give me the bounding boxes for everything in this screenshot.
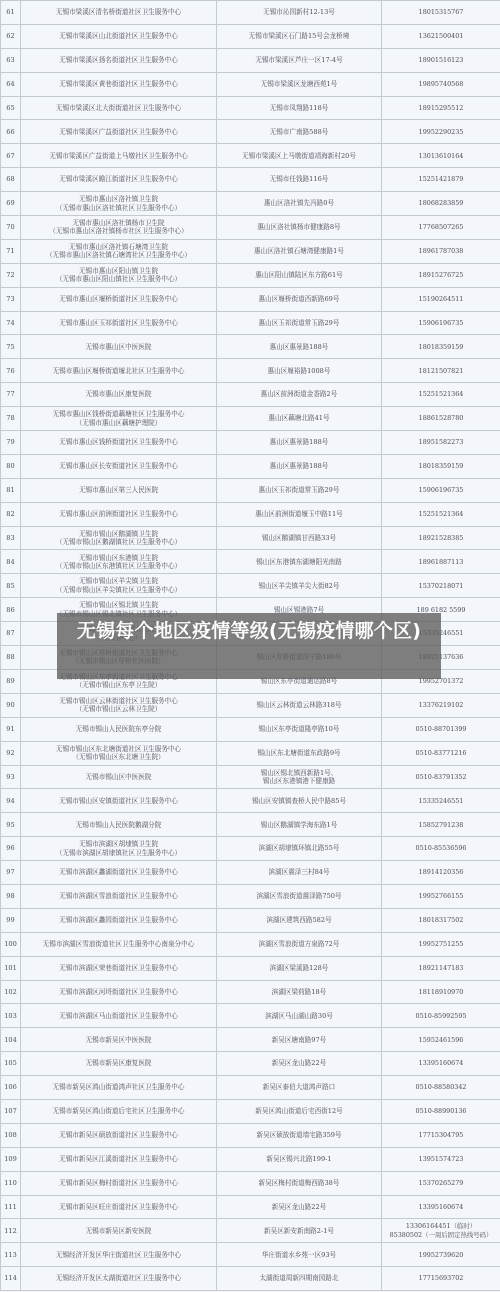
row-number-cell: 97 [1, 861, 21, 885]
row-number: 96 [6, 844, 14, 852]
contact-phone-line: 18951582273 [384, 438, 498, 446]
table-row: 111无锡市新吴区旺庄街道社区卫生服务中心新吴区龙山路22号1339516067… [1, 1195, 500, 1219]
row-number-cell: 101 [1, 956, 21, 980]
table-row: 66无锡市梁溪区广益街道社区卫生服务中心无锡市广南路588号1995229023… [1, 120, 500, 144]
contact-phone-cell: 18921147183 [382, 956, 500, 980]
table-row: 76无锡市惠山区堰桥街道堰北社区卫生服务中心惠山区堰裕路1008号1812150… [1, 359, 500, 383]
institution-name-line: 无锡市惠山区钱桥街道社区卫生服务中心 [23, 438, 214, 446]
table-row: 109无锡市新吴区江溪街道社区卫生服务中心新吴区锡兴北路199-11395157… [1, 1147, 500, 1171]
row-number: 72 [6, 271, 14, 279]
institution-address-cell: 滨湖区建筑西路582号 [217, 908, 382, 932]
table-row: 99无锡市滨湖区蠡园街道社区卫生服务中心滨湖区建筑西路582号180183175… [1, 908, 500, 932]
row-number: 99 [6, 916, 14, 924]
institution-name-line: （无锡市惠山区藕塘护理院） [23, 419, 214, 427]
institution-address-cell: 锡山区云林街道云林路318号 [217, 693, 382, 717]
institution-address-line: 锡山区锡北镇西新路1号、 [219, 769, 379, 777]
institution-name-line: 无锡市新吴区鸿山街道后宅社区卫生服务中心 [23, 1107, 214, 1115]
contact-phone-line: 17768507265 [384, 223, 498, 231]
contact-phone-line: 18914120356 [384, 868, 498, 876]
institution-address-line: 惠山区堰桥街道西新路69号 [219, 295, 379, 303]
contact-phone-cell: 13951574723 [382, 1147, 500, 1171]
contact-phone-line: 15370218071 [384, 582, 498, 590]
institution-name-line: （无锡市锡山区东亭卫生院） [23, 681, 214, 689]
table-row: 65无锡市梁溪区北大街街道社区卫生服务中心无锡市凤翔路118号189152955… [1, 96, 500, 120]
institution-name-cell: 无锡市滨湖区蠡园街道社区卫生服务中心 [21, 908, 217, 932]
institution-name-line: 无锡市锡山区云林街道社区卫生服务中心 [23, 697, 214, 705]
institution-address-line: 新吴区硕放街道墙宅路359号 [219, 1131, 379, 1139]
institution-address-line: 滨湖区建筑西路582号 [219, 916, 379, 924]
row-number-cell: 104 [1, 1028, 21, 1052]
row-number-cell: 105 [1, 1052, 21, 1076]
institution-name-line: （无锡市惠山区阳山镇社区卫生服务中心） [23, 275, 214, 283]
institution-name-cell: 无锡市惠山区堰桥街道堰北社区卫生服务中心 [21, 359, 217, 383]
table-row: 79无锡市惠山区钱桥街道社区卫生服务中心惠山区惠景路188号1895158227… [1, 431, 500, 455]
institution-address-line: 锡山区东亭街道隆亭路10号 [219, 725, 379, 733]
institution-address-cell: 无锡市梁溪区龙塘西苑1号 [217, 72, 382, 96]
institution-name-line: （无锡市惠山区洛社镇石塘湾社区卫生服务中心） [23, 251, 214, 259]
institution-name-line: 无锡市新吴区江溪街道社区卫生服务中心 [23, 1155, 214, 1163]
institution-name-cell: 无锡市惠山区中医医院 [21, 335, 217, 359]
row-number-cell: 93 [1, 765, 21, 789]
institution-address-cell: 锡山区鹅湖镇甘西路33号 [217, 526, 382, 550]
contact-phone-line: 13306164451（临时） [384, 1222, 498, 1230]
contact-phone-cell: 15251521364 [382, 383, 500, 407]
institution-address-cell: 滨湖区马山湖山路30号 [217, 1004, 382, 1028]
row-number-cell: 66 [1, 120, 21, 144]
row-number-cell: 77 [1, 383, 21, 407]
institution-name-line: 无锡市新吴区康复医院 [23, 1059, 214, 1067]
table-row: 104无锡市新吴区中医医院新吴区塘南路97号15952461596 [1, 1028, 500, 1052]
institution-address-line: 锡山区东港镇港下健康路 [219, 777, 379, 785]
institution-name-line: 无锡市滨湖区荣巷街道社区卫生服务中心 [23, 964, 214, 972]
contact-phone-line: 18118910970 [384, 988, 498, 996]
institution-name-line: 无锡市新吴区旺庄街道社区卫生服务中心 [23, 1203, 214, 1211]
contact-phone-line: 18018359159 [384, 343, 498, 351]
contact-phone-cell: 19952766155 [382, 884, 500, 908]
contact-phone-cell: 13013610164 [382, 144, 500, 168]
institution-name-line: 无锡市锡山区东港镇卫生院 [23, 554, 214, 562]
table-row: 103无锡市滨湖区马山街道社区卫生服务中心滨湖区马山湖山路30号0510-859… [1, 1004, 500, 1028]
contact-phone-cell: 18861528780 [382, 407, 500, 431]
institution-name-cell: 无锡市滨湖区蠡湖街道社区卫生服务中心 [21, 861, 217, 885]
institution-name-line: 无锡市梁溪区瞻江街道社区卫生服务中心 [23, 175, 214, 183]
table-row: 106无锡市新吴区鸿山街道鸿声社区卫生服务中心新吴区泰伯大道鸿声路口0510-8… [1, 1076, 500, 1100]
institution-name-cell: 无锡市滨湖区马山街道社区卫生服务中心 [21, 1004, 217, 1028]
contact-phone-cell: 19952739620 [382, 1243, 500, 1267]
contact-phone-cell: 13395160674 [382, 1195, 500, 1219]
contact-phone-cell: 13306164451（临时）85380502（一周后固定热线号码） [382, 1219, 500, 1243]
institution-name-line: 无锡市滨湖区蠡园街道社区卫生服务中心 [23, 916, 214, 924]
institution-address-line: 无锡市梁溪区石门路15号会龙桥境 [219, 32, 379, 40]
row-number: 93 [6, 773, 14, 781]
contact-phone-line: 15251521364 [384, 510, 498, 518]
table-row: 92无锡市锡山区东北塘街道社区卫生服务中心（无锡市锡山区东北塘卫生院）锡山区东北… [1, 741, 500, 765]
institution-address-line: 滨湖区雪浪街道方泉路72号 [219, 940, 379, 948]
institution-name-line: 无锡市新吴区新安医院 [23, 1227, 214, 1235]
contact-phone-cell: 0510-83791352 [382, 765, 500, 789]
row-number: 77 [6, 390, 14, 398]
contact-phone-cell: 18961787038 [382, 239, 500, 263]
institution-name-line: 无锡市梁溪区广益街道上马墩社区卫生服务中心 [23, 152, 214, 160]
institution-address-cell: 华庄街道水乡苑一区93号 [217, 1243, 382, 1267]
institution-name-line: 无锡市锡山区鹅湖镇卫生院 [23, 530, 214, 538]
row-number: 87 [6, 629, 14, 637]
row-number: 92 [6, 749, 14, 757]
contact-phone-cell: 15952461596 [382, 1028, 500, 1052]
institution-name-cell: 无锡市惠山区第三人民医院 [21, 478, 217, 502]
row-number-cell: 96 [1, 837, 21, 861]
contact-phone-line: 13621500401 [384, 32, 498, 40]
row-number: 101 [4, 964, 17, 972]
row-number: 95 [6, 821, 14, 829]
institution-address-cell: 惠山区惠景路188号 [217, 335, 382, 359]
institution-name-line: 无锡经济开发区太湖街道社区卫生服务中心 [23, 1274, 214, 1282]
institution-name-line: 无锡市梁溪区北大街街道社区卫生服务中心 [23, 104, 214, 112]
table-row: 63无锡市梁溪区扬名街道社区卫生服务中心无锡市梁溪区芦庄一区17-4号18901… [1, 48, 500, 72]
row-number: 102 [4, 988, 17, 996]
contact-phone-cell: 13376219102 [382, 693, 500, 717]
row-number-cell: 68 [1, 168, 21, 192]
row-number: 84 [6, 558, 14, 566]
row-number-cell: 87 [1, 622, 21, 646]
institution-name-line: 无锡市梁溪区黄巷街道社区卫生服务中心 [23, 80, 214, 88]
institution-name-cell: 无锡市滨湖区胡埭镇卫生院（无锡市滨湖区胡埭镇社区卫生服务中心） [21, 837, 217, 861]
contact-phone-line: 17715693702 [384, 1274, 498, 1282]
row-number: 106 [4, 1083, 17, 1091]
contact-phone-cell: 18951582273 [382, 431, 500, 455]
institution-address-line: 滨湖区马山湖山路30号 [219, 1012, 379, 1020]
institution-name-line: 无锡市滨湖区蠡湖街道社区卫生服务中心 [23, 868, 214, 876]
contact-phone-cell: 13395160674 [382, 1052, 500, 1076]
contact-phone-line: 19952290235 [384, 128, 498, 136]
institution-address-line: 无锡市广南路588号 [219, 128, 379, 136]
contact-phone-cell: 17768507265 [382, 216, 500, 240]
institution-name-cell: 无锡市惠山区洛社镇卫生院（无锡市惠山区洛社镇社区卫生服务中心） [21, 192, 217, 216]
contact-phone-cell: 18921528385 [382, 526, 500, 550]
table-row: 78无锡市惠山区钱桥街道藕塘社区卫生服务中心（无锡市惠山区藕塘护理院）惠山区藕塘… [1, 407, 500, 431]
institution-name-cell: 无锡市新吴区鸿山街道鸿声社区卫生服务中心 [21, 1076, 217, 1100]
contact-phone-cell: 18068283859 [382, 192, 500, 216]
institution-name-cell: 无锡市惠山区钱桥街道藕塘社区卫生服务中心（无锡市惠山区藕塘护理院） [21, 407, 217, 431]
institution-address-cell: 惠山区阳山镇陆区东方路61号 [217, 263, 382, 287]
contact-phone-line: 18921147183 [384, 964, 498, 972]
contact-phone-line: 15852791238 [384, 821, 498, 829]
contact-phone-line: 15335246551 [384, 797, 498, 805]
institution-name-line: （无锡市滨湖区胡埭镇社区卫生服务中心） [23, 849, 214, 857]
row-number-cell: 61 [1, 1, 21, 25]
contact-phone-cell: 18915276725 [382, 263, 500, 287]
institution-address-line: 新吴区梅村街道梅西路38号 [219, 1179, 379, 1187]
institution-name-line: 无锡市滨湖区胡埭镇卫生院 [23, 840, 214, 848]
institution-address-cell: 新吴区新安新南路2-1号 [217, 1219, 382, 1243]
institution-name-cell: 无锡市梁溪区扬名街道社区卫生服务中心 [21, 48, 217, 72]
contact-phone-cell: 0510-88580342 [382, 1076, 500, 1100]
row-number-cell: 84 [1, 550, 21, 574]
institution-name-line: 无锡市新吴区梅村街道社区卫生服务中心 [23, 1179, 214, 1187]
institution-address-cell: 惠山区洛社镇石塘湾健康路1号 [217, 239, 382, 263]
contact-phone-cell: 0510-88701399 [382, 717, 500, 741]
institution-address-line: 锡山区安镇镇查桥人民中路85号 [219, 797, 379, 805]
row-number-cell: 62 [1, 24, 21, 48]
row-number: 62 [6, 32, 14, 40]
institution-name-cell: 无锡市滨湖区河埒街道社区卫生服务中心 [21, 980, 217, 1004]
contact-phone-line: 18961887113 [384, 558, 498, 566]
institution-address-line: 滨湖区胡埭镇环镇北路55号 [219, 844, 379, 852]
institution-name-line: 无锡市惠山区中医医院 [23, 343, 214, 351]
row-number: 83 [6, 534, 14, 542]
institution-address-line: 惠山区惠景路188号 [219, 462, 379, 470]
row-number: 88 [6, 653, 14, 661]
table-row: 71无锡市惠山区洛社镇石塘湾卫生院（无锡市惠山区洛社镇石塘湾社区卫生服务中心）惠… [1, 239, 500, 263]
row-number: 100 [4, 940, 17, 948]
table-row: 112无锡市新吴区新安医院新吴区新安新南路2-1号13306164451（临时）… [1, 1219, 500, 1243]
institution-name-line: （无锡市锡山区东北塘卫生院） [23, 753, 214, 761]
institution-name-line: 无锡市锡山区锡北镇卫生院 [23, 601, 214, 609]
contact-phone-line: 18068283859 [384, 199, 498, 207]
institution-name-line: 无锡市锡山区东北塘街道社区卫生服务中心 [23, 745, 214, 753]
institution-address-cell: 惠山区前洲街道金香路2号 [217, 383, 382, 407]
row-number-cell: 79 [1, 431, 21, 455]
institution-name-line: （无锡市锡山区鹅湖镇社区卫生服务中心） [23, 538, 214, 546]
table-row: 74无锡市惠山区玉祁街道社区卫生服务中心惠山区玉祁街道常玉路29号1590619… [1, 311, 500, 335]
contact-phone-line: 0510-88580342 [384, 1083, 498, 1091]
institution-name-line: 无锡市惠山区钱桥街道藕塘社区卫生服务中心 [23, 410, 214, 418]
institution-name-line: 无锡市滨湖区雪浪街道社区卫生服务中心南泉分中心 [23, 940, 214, 948]
table-row: 70无锡市惠山区洛社镇杨市卫生院（无锡市惠山区洛社镇杨市社区卫生服务中心）惠山区… [1, 216, 500, 240]
institution-name-cell: 无锡市梁溪区清名桥街道社区卫生服务中心 [21, 1, 217, 25]
table-row: 110无锡市新吴区梅村街道社区卫生服务中心新吴区梅村街道梅西路38号153702… [1, 1171, 500, 1195]
row-number-cell: 67 [1, 144, 21, 168]
institution-name-cell: 无锡经济开发区华庄街道社区卫生服务中心 [21, 1243, 217, 1267]
contact-phone-cell: 17715693702 [382, 1267, 500, 1291]
institution-address-line: 无锡市任钱路116号 [219, 175, 379, 183]
contact-phone-line: 15190264511 [384, 295, 498, 303]
article-title: 无锡每个地区疫情等级(无锡疫情哪个区) [77, 620, 421, 642]
institution-name-line: 无锡市锡山人民医院东亭分院 [23, 725, 214, 733]
institution-address-cell: 惠山区堰桥街道西新路69号 [217, 287, 382, 311]
row-number: 114 [4, 1274, 17, 1282]
table-row: 105无锡市新吴区康复医院新吴区龙山路22号13395160674 [1, 1052, 500, 1076]
row-number: 109 [4, 1155, 17, 1163]
institution-address-line: 新吴区新安新南路2-1号 [219, 1227, 379, 1235]
row-number: 81 [6, 486, 14, 494]
institution-name-line: 无锡市惠山区堰桥街道堰北社区卫生服务中心 [23, 367, 214, 375]
institution-name-line: 无锡市惠山区堰桥街道社区卫生服务中心 [23, 295, 214, 303]
contact-phone-line: 13395160674 [384, 1059, 498, 1067]
row-number-cell: 71 [1, 239, 21, 263]
row-number: 108 [4, 1131, 17, 1139]
table-row: 95无锡市锡山人民医院鹅湖分院锡山区鹅湖镇学海东路1号15852791238 [1, 813, 500, 837]
row-number: 107 [4, 1107, 17, 1115]
contact-phone-line: 0510-83791352 [384, 773, 498, 781]
table-row: 82无锡市惠山区前洲街道社区卫生服务中心惠山区前洲街道堰玉中路11号152515… [1, 502, 500, 526]
institution-name-cell: 无锡市锡山人民医院东亭分院 [21, 717, 217, 741]
institution-name-cell: 无锡市锡山区云林街道社区卫生服务中心（无锡市锡山区云林卫生院） [21, 693, 217, 717]
row-number-cell: 64 [1, 72, 21, 96]
row-number-cell: 89 [1, 669, 21, 693]
row-number-cell: 75 [1, 335, 21, 359]
institution-address-line: 锡山区东北塘街道东政路9号 [219, 749, 379, 757]
row-number-cell: 74 [1, 311, 21, 335]
contact-phone-line: 19952751255 [384, 940, 498, 948]
row-number: 98 [6, 892, 14, 900]
table-row: 94无锡市锡山区安镇街道社区卫生服务中心锡山区安镇镇查桥人民中路85号15335… [1, 789, 500, 813]
row-number-cell: 82 [1, 502, 21, 526]
row-number-cell: 86 [1, 598, 21, 622]
institution-address-line: 锡山区羊尖镇羊尖大街82号 [219, 582, 379, 590]
institution-address-line: 惠山区洛社镇先冯路0号 [219, 199, 379, 207]
institution-address-cell: 惠山区惠景路188号 [217, 431, 382, 455]
row-number: 103 [4, 1012, 17, 1020]
contact-phone-cell: 0510-83771216 [382, 741, 500, 765]
row-number: 110 [4, 1179, 17, 1187]
institution-address-cell: 滨湖区震泽三村84号 [217, 861, 382, 885]
institution-address-line: 新吴区泰伯大道鸿声路口 [219, 1083, 379, 1091]
contact-phone-line: 18901516123 [384, 56, 498, 64]
contact-phone-cell: 19952290235 [382, 120, 500, 144]
institution-address-cell: 无锡市凤翔路118号 [217, 96, 382, 120]
row-number: 64 [6, 80, 14, 88]
institution-address-line: 滨湖区震泽三村84号 [219, 868, 379, 876]
institution-address-line: 新吴区锡兴北路199-1 [219, 1155, 379, 1163]
row-number: 86 [6, 606, 14, 614]
contact-phone-cell: 15906196735 [382, 478, 500, 502]
institution-name-cell: 无锡市锡山区鹅湖镇卫生院（无锡市锡山区鹅湖镇社区卫生服务中心） [21, 526, 217, 550]
contact-phone-line: 19895740568 [384, 80, 498, 88]
contact-phone-line: 15251421879 [384, 175, 498, 183]
institution-name-line: 无锡市梁溪区扬名街道社区卫生服务中心 [23, 56, 214, 64]
row-number-cell: 88 [1, 646, 21, 670]
institution-name-line: 无锡市锡山区安镇街道社区卫生服务中心 [23, 797, 214, 805]
table-row: 93无锡市锡山区中医医院锡山区锡北镇西新路1号、锡山区东港镇港下健康路0510-… [1, 765, 500, 789]
row-number-cell: 78 [1, 407, 21, 431]
institution-name-line: 无锡市新吴区鸿山街道鸿声社区卫生服务中心 [23, 1083, 214, 1091]
row-number-cell: 81 [1, 478, 21, 502]
institution-address-cell: 锡山区羊尖镇羊尖大街82号 [217, 574, 382, 598]
institution-address-line: 无锡市梁溪区芦庄一区17-4号 [219, 56, 379, 64]
table-row: 91无锡市锡山人民医院东亭分院锡山区东亭街道隆亭路10号0510-8870139… [1, 717, 500, 741]
row-number-cell: 70 [1, 216, 21, 240]
institution-name-cell: 无锡市梁溪区北大街街道社区卫生服务中心 [21, 96, 217, 120]
row-number-cell: 108 [1, 1123, 21, 1147]
table-row: 81无锡市惠山区第三人民医院惠山区玉祁街道常玉路29号15906196735 [1, 478, 500, 502]
table-row: 90无锡市锡山区云林街道社区卫生服务中心（无锡市锡山区云林卫生院）锡山区云林街道… [1, 693, 500, 717]
institution-name-line: 无锡市惠山区阳山镇卫生院 [23, 267, 214, 275]
contact-phone-line: 0510-88701399 [384, 725, 498, 733]
contact-phone-line: 0510-88990136 [384, 1107, 498, 1115]
row-number: 104 [4, 1036, 17, 1044]
institution-address-line: 滨湖区梁荷路18号 [219, 988, 379, 996]
row-number: 67 [6, 152, 14, 160]
contact-phone-cell: 0510-88990136 [382, 1099, 500, 1123]
row-number: 63 [6, 56, 14, 64]
row-number-cell: 114 [1, 1267, 21, 1291]
institution-address-cell: 惠山区藕塘北路41号 [217, 407, 382, 431]
institution-name-line: 无锡经济开发区华庄街道社区卫生服务中心 [23, 1251, 214, 1259]
institution-address-cell: 惠山区前洲街道堰玉中路11号 [217, 502, 382, 526]
institution-name-line: 无锡市梁溪区清名桥街道社区卫生服务中心 [23, 8, 214, 16]
contact-phone-cell: 18018317502 [382, 908, 500, 932]
contact-phone-line: 17715304795 [384, 1131, 498, 1139]
institution-name-line: 无锡市惠山区第三人民医院 [23, 486, 214, 494]
institution-name-cell: 无锡市惠山区长安街道社区卫生服务中心 [21, 454, 217, 478]
row-number-cell: 111 [1, 1195, 21, 1219]
institution-address-line: 新吴区龙山路22号 [219, 1203, 379, 1211]
institution-address-cell: 滨湖区梁溪路128号 [217, 956, 382, 980]
table-row: 68无锡市梁溪区瞻江街道社区卫生服务中心无锡市任钱路116号1525142187… [1, 168, 500, 192]
institution-address-line: 惠山区洛社镇石塘湾健康路1号 [219, 247, 379, 255]
institution-name-cell: 无锡市梁溪区山北街道社区卫生服务中心 [21, 24, 217, 48]
institution-address-cell: 惠山区堰裕路1008号 [217, 359, 382, 383]
contact-phone-line: 18861528780 [384, 414, 498, 422]
contact-phone-cell: 13621500401 [382, 24, 500, 48]
contact-phone-cell: 18018359159 [382, 454, 500, 478]
institution-name-cell: 无锡市梁溪区瞻江街道社区卫生服务中心 [21, 168, 217, 192]
row-number-cell: 73 [1, 287, 21, 311]
institution-address-line: 惠山区洛社镇杨市健康路8号 [219, 223, 379, 231]
contact-phone-cell: 15251421879 [382, 168, 500, 192]
table-row: 97无锡市滨湖区蠡湖街道社区卫生服务中心滨湖区震泽三村84号1891412035… [1, 861, 500, 885]
contact-phone-line: 15251521364 [384, 390, 498, 398]
table-row: 77无锡市惠山区康复医院惠山区前洲街道金香路2号15251521364 [1, 383, 500, 407]
contact-phone-line: 18018359159 [384, 462, 498, 470]
table-row: 96无锡市滨湖区胡埭镇卫生院（无锡市滨湖区胡埭镇社区卫生服务中心）滨湖区胡埭镇环… [1, 837, 500, 861]
institution-name-line: 无锡市梁溪区山北街道社区卫生服务中心 [23, 32, 214, 40]
row-number: 65 [6, 104, 14, 112]
institution-name-line: （无锡市锡山区羊尖镇社区卫生服务中心） [23, 586, 214, 594]
contact-phone-line: 0510-85536596 [384, 844, 498, 852]
contact-phone-cell: 15251521364 [382, 502, 500, 526]
institution-address-line: 新吴区塘南路97号 [219, 1036, 379, 1044]
contact-phone-line: 0510-85992595 [384, 1012, 498, 1020]
institution-address-cell: 新吴区梅村街道梅西路38号 [217, 1171, 382, 1195]
institution-address-line: 无锡市梁溪区龙塘西苑1号 [219, 80, 379, 88]
row-number-cell: 102 [1, 980, 21, 1004]
institution-name-cell: 无锡市新吴区鸿山街道后宅社区卫生服务中心 [21, 1099, 217, 1123]
row-number: 113 [4, 1251, 17, 1259]
table-row: 72无锡市惠山区阳山镇卫生院（无锡市惠山区阳山镇社区卫生服务中心）惠山区阳山镇陆… [1, 263, 500, 287]
institution-name-cell: 无锡市梁溪区黄巷街道社区卫生服务中心 [21, 72, 217, 96]
row-number: 80 [6, 462, 14, 470]
institution-name-cell: 无锡经济开发区太湖街道社区卫生服务中心 [21, 1267, 217, 1291]
contact-phone-line: 15906196735 [384, 319, 498, 327]
institution-address-cell: 锡山区锡北镇西新路1号、锡山区东港镇港下健康路 [217, 765, 382, 789]
institution-address-cell: 无锡市梁溪区石门路15号会龙桥境 [217, 24, 382, 48]
contact-phone-line: 18015315767 [384, 8, 498, 16]
row-number: 75 [6, 343, 14, 351]
table-row: 80无锡市惠山区长安街道社区卫生服务中心惠山区惠景路188号1801835915… [1, 454, 500, 478]
row-number: 61 [6, 8, 14, 16]
contact-phone-line: 18961787038 [384, 247, 498, 255]
institution-name-line: 无锡市新吴区硕放街道社区卫生服务中心 [23, 1131, 214, 1139]
institution-name-cell: 无锡市惠山区洛社镇杨市卫生院（无锡市惠山区洛社镇杨市社区卫生服务中心） [21, 216, 217, 240]
institution-name-cell: 无锡市新吴区康复医院 [21, 1052, 217, 1076]
row-number: 68 [6, 175, 14, 183]
institution-address-cell: 新吴区锡兴北路199-1 [217, 1147, 382, 1171]
institution-name-line: 无锡市惠山区康复医院 [23, 390, 214, 398]
contact-phone-cell: 15370265279 [382, 1171, 500, 1195]
contact-phone-cell: 18915295512 [382, 96, 500, 120]
contact-phone-line: 18921528385 [384, 534, 498, 542]
contact-phone-cell: 19895740568 [382, 72, 500, 96]
institution-name-line: 无锡市惠山区洛社镇卫生院 [23, 195, 214, 203]
contact-phone-cell: 18914120356 [382, 861, 500, 885]
contact-phone-cell: 18018359159 [382, 335, 500, 359]
row-number-cell: 103 [1, 1004, 21, 1028]
row-number-cell: 90 [1, 693, 21, 717]
row-number: 112 [4, 1227, 17, 1235]
institution-name-line: 无锡市锡山区中医医院 [23, 773, 214, 781]
